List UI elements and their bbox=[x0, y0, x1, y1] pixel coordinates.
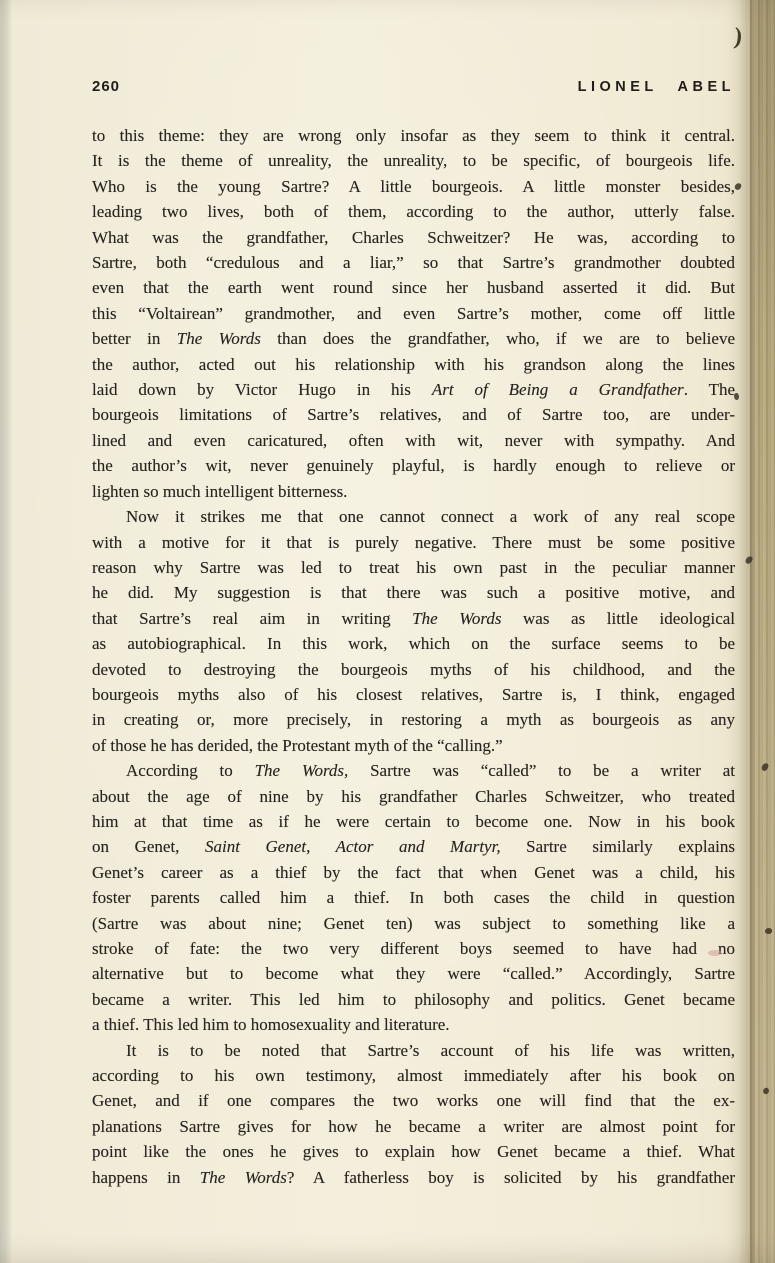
text-segment: ? A fatherless boy is solicited by his g… bbox=[287, 1168, 735, 1187]
text-line: a thief. This led him to homosexuality a… bbox=[92, 1012, 735, 1037]
text-segment: . The bbox=[684, 380, 735, 399]
book-fore-edge bbox=[755, 0, 775, 1263]
text-line: point like the ones he gives to explain … bbox=[92, 1139, 735, 1164]
text-segment: reason why Sartre was led to treat his o… bbox=[92, 558, 735, 577]
text-line: laid down by Victor Hugo in his Art of B… bbox=[92, 377, 735, 402]
text-segment: lighten so much intelligent bitterness. bbox=[92, 482, 347, 501]
text-line: Genet, and if one compares the two works… bbox=[92, 1088, 735, 1113]
text-segment: him at that time as if he were certain t… bbox=[92, 812, 735, 831]
book-title-italic: Saint Genet, Actor and Martyr, bbox=[205, 837, 501, 856]
text-segment: bourgeois myths also of his closest rela… bbox=[92, 685, 735, 704]
text-segment: was as little ideological bbox=[501, 609, 735, 628]
text-segment: Now it strikes me that one cannot connec… bbox=[126, 507, 735, 526]
text-line: alternative but to become what they were… bbox=[92, 961, 735, 986]
text-segment: happens in bbox=[92, 1168, 200, 1187]
text-line: he did. My suggestion is that there was … bbox=[92, 580, 735, 605]
text-segment: bourgeois limitations of Sartre’s relati… bbox=[92, 405, 735, 424]
text-segment: than does the grandfather, who, if we ar… bbox=[261, 329, 735, 348]
text-line: What was the grandfather, Charles Schwei… bbox=[92, 225, 735, 250]
text-segment: a thief. This led him to homosexuality a… bbox=[92, 1015, 450, 1034]
text-line: happens in The Words? A fatherless boy i… bbox=[92, 1165, 735, 1190]
text-segment: Sartre was “called” to be a writer at bbox=[348, 761, 735, 780]
text-line: reason why Sartre was led to treat his o… bbox=[92, 555, 735, 580]
paragraph: Now it strikes me that one cannot connec… bbox=[92, 504, 735, 758]
text-line: as autobiographical. In this work, which… bbox=[92, 631, 735, 656]
text-segment: devoted to destroying the bourgeois myth… bbox=[92, 660, 735, 679]
text-segment: the author, acted out his relationship w… bbox=[92, 355, 735, 374]
text-line: It is the theme of unreality, the unreal… bbox=[92, 148, 735, 173]
text-segment: according to his own testimony, almost i… bbox=[92, 1066, 735, 1085]
text-line: him at that time as if he were certain t… bbox=[92, 809, 735, 834]
text-segment: that Sartre’s real aim in writing bbox=[92, 609, 412, 628]
text-segment: of those he has derided, the Protestant … bbox=[92, 736, 503, 755]
text-line: in creating or, more precisely, in resto… bbox=[92, 707, 735, 732]
text-line: (Sartre was about nine; Genet ten) was s… bbox=[92, 911, 735, 936]
book-title-italic: The Words bbox=[200, 1168, 287, 1187]
text-line: better in The Words than does the grandf… bbox=[92, 326, 735, 351]
text-line: stroke of fate: the two very different b… bbox=[92, 936, 735, 961]
text-segment: What was the grandfather, Charles Schwei… bbox=[92, 228, 735, 247]
text-segment: alternative but to become what they were… bbox=[92, 964, 735, 983]
text-line: the author’s wit, never genuinely playfu… bbox=[92, 453, 735, 478]
text-segment: about the age of nine by his grandfather… bbox=[92, 787, 735, 806]
text-line: became a writer. This led him to philoso… bbox=[92, 987, 735, 1012]
text-line: According to The Words, Sartre was “call… bbox=[92, 758, 735, 783]
text-line: planations Sartre gives for how he becam… bbox=[92, 1114, 735, 1139]
book-title-italic: Art of Being a Grandfather bbox=[432, 380, 684, 399]
text-line: this “Voltairean” grandmother, and even … bbox=[92, 301, 735, 326]
text-segment: he did. My suggestion is that there was … bbox=[92, 583, 735, 602]
text-line: lighten so much intelligent bitterness. bbox=[92, 479, 735, 504]
page-left-edge-shadow bbox=[0, 0, 12, 1263]
page-header: 260 LIONEL ABEL bbox=[92, 78, 735, 95]
text-segment: Genet, and if one compares the two works… bbox=[92, 1091, 735, 1110]
running-title: LIONEL ABEL bbox=[578, 79, 735, 95]
text-segment: to this theme: they are wrong only insof… bbox=[92, 126, 735, 145]
text-segment: foster parents called him a thief. In bo… bbox=[92, 888, 735, 907]
text-line: about the age of nine by his grandfather… bbox=[92, 784, 735, 809]
text-line: according to his own testimony, almost i… bbox=[92, 1063, 735, 1088]
text-segment: According to bbox=[126, 761, 255, 780]
text-block: to this theme: they are wrong only insof… bbox=[92, 123, 735, 1190]
text-segment: the author’s wit, never genuinely playfu… bbox=[92, 456, 735, 475]
text-segment: became a writer. This led him to philoso… bbox=[92, 990, 735, 1009]
paper-smudge bbox=[708, 950, 722, 956]
text-line: with a motive for it that is purely nega… bbox=[92, 530, 735, 555]
text-line: Sartre, both “credulous and a liar,” so … bbox=[92, 250, 735, 275]
paragraph: It is to be noted that Sartre’s account … bbox=[92, 1038, 735, 1190]
text-segment: Genet’s career as a thief by the fact th… bbox=[92, 863, 735, 882]
text-segment: Who is the young Sartre? A little bourge… bbox=[92, 177, 735, 196]
text-segment: leading two lives, both of them, accordi… bbox=[92, 202, 735, 221]
text-segment: planations Sartre gives for how he becam… bbox=[92, 1117, 735, 1136]
text-line: lined and even caricatured, often with w… bbox=[92, 428, 735, 453]
text-line: Genet’s career as a thief by the fact th… bbox=[92, 860, 735, 885]
text-line: to this theme: they are wrong only insof… bbox=[92, 123, 735, 148]
page-number: 260 bbox=[92, 78, 120, 95]
text-line: the author, acted out his relationship w… bbox=[92, 352, 735, 377]
text-segment: better in bbox=[92, 329, 177, 348]
text-segment: It is the theme of unreality, the unreal… bbox=[92, 151, 735, 170]
paragraph: According to The Words, Sartre was “call… bbox=[92, 758, 735, 1037]
book-title-italic: The Words, bbox=[255, 761, 349, 780]
text-segment: on Genet, bbox=[92, 837, 205, 856]
text-segment: this “Voltairean” grandmother, and even … bbox=[92, 304, 735, 323]
paragraph: to this theme: they are wrong only insof… bbox=[92, 123, 735, 504]
text-segment: stroke of fate: the two very different b… bbox=[92, 939, 735, 958]
text-line: leading two lives, both of them, accordi… bbox=[92, 199, 735, 224]
text-line: devoted to destroying the bourgeois myth… bbox=[92, 657, 735, 682]
text-line: that Sartre’s real aim in writing The Wo… bbox=[92, 606, 735, 631]
text-line: foster parents called him a thief. In bo… bbox=[92, 885, 735, 910]
text-segment: Sartre, both “credulous and a liar,” so … bbox=[92, 253, 735, 272]
text-line: even that the earth went round since her… bbox=[92, 275, 735, 300]
text-segment: point like the ones he gives to explain … bbox=[92, 1142, 735, 1161]
text-segment: even that the earth went round since her… bbox=[92, 278, 735, 297]
text-line: It is to be noted that Sartre’s account … bbox=[92, 1038, 735, 1063]
book-title-italic: The Words bbox=[177, 329, 261, 348]
text-segment: (Sartre was about nine; Genet ten) was s… bbox=[92, 914, 735, 933]
text-line: Who is the young Sartre? A little bourge… bbox=[92, 174, 735, 199]
book-title-italic: The Words bbox=[412, 609, 501, 628]
text-line: on Genet, Saint Genet, Actor and Martyr,… bbox=[92, 834, 735, 859]
text-line: bourgeois limitations of Sartre’s relati… bbox=[92, 402, 735, 427]
text-line: bourgeois myths also of his closest rela… bbox=[92, 682, 735, 707]
text-segment: Sartre similarly explains bbox=[501, 837, 735, 856]
text-segment: It is to be noted that Sartre’s account … bbox=[126, 1041, 735, 1060]
text-segment: with a motive for it that is purely nega… bbox=[92, 533, 735, 552]
text-line: of those he has derided, the Protestant … bbox=[92, 733, 735, 758]
text-segment: as autobiographical. In this work, which… bbox=[92, 634, 735, 653]
text-segment: lined and even caricatured, often with w… bbox=[92, 431, 735, 450]
book-page: 260 LIONEL ABEL to this theme: they are … bbox=[0, 0, 775, 1263]
text-segment: in creating or, more precisely, in resto… bbox=[92, 710, 735, 729]
text-segment: laid down by Victor Hugo in his bbox=[92, 380, 432, 399]
text-line: Now it strikes me that one cannot connec… bbox=[92, 504, 735, 529]
